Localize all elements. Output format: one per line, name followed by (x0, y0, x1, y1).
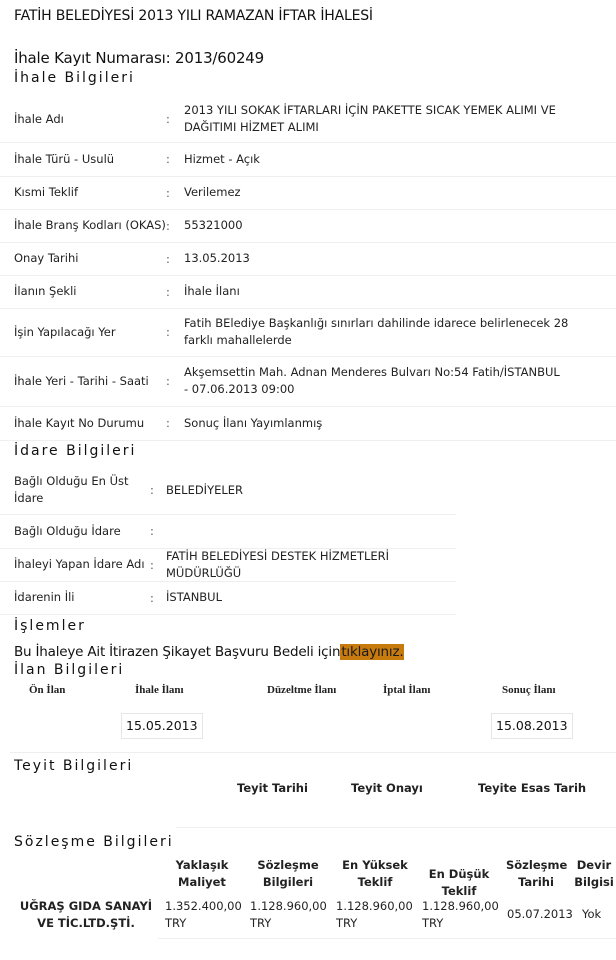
info-value: Akşemsettin Mah. Adnan Menderes Bulvarı … (184, 364, 564, 398)
section-heading-teyit-bilgileri: Teyit Bilgileri (14, 758, 133, 774)
info-value: Sonuç İlanı Yayımlanmış (184, 415, 604, 432)
info-value: Fatih BElediye Başkanlığı sınırları dahi… (184, 315, 584, 349)
info-value: 55321000 (184, 217, 604, 234)
info-label: İhale Adı (14, 111, 64, 128)
info-label: İhale Türü - Usulü (14, 151, 114, 168)
tiklayiniz-link[interactable]: tıklayınız. (340, 644, 404, 660)
colon-separator: : (150, 524, 154, 538)
sozlesme-tarihi-value: 05.07.2013 (507, 906, 577, 923)
info-label: İhale Kayıt No Durumu (14, 415, 144, 432)
colon-separator: : (166, 252, 170, 266)
ilan-col-ihale-ilani: İhale İlanı (135, 684, 184, 696)
colon-separator: : (166, 374, 170, 388)
info-row-ihale-adi: İhale Adı : 2013 YILI SOKAK İFTARLARI İÇ… (0, 96, 616, 143)
colon-separator: : (150, 558, 154, 572)
info-row-ihaleyi-yapan-idare: İhaleyi Yapan İdare Adı : FATİH BELEDİYE… (0, 548, 456, 582)
info-value: BELEDİYELER (166, 482, 416, 499)
section-heading-sozlesme-bilgileri: Sözleşme Bilgileri (14, 834, 174, 850)
section-heading-ihale-bilgileri: İhale Bilgileri (14, 70, 135, 86)
page-title: FATİH BELEDİYESİ 2013 YILI RAMAZAN İFTAR… (14, 8, 373, 24)
info-row-ihale-turu: İhale Türü - Usulü : Hizmet - Açık (0, 142, 616, 177)
ilan-col-iptal-ilani: İptal İlanı (383, 684, 430, 696)
teyit-col-tarihi: Teyit Tarihi (237, 781, 308, 795)
colon-separator: : (166, 112, 170, 126)
info-value: İSTANBUL (166, 589, 416, 606)
info-label: İhale Branş Kodları (OKAS) (14, 217, 166, 234)
info-row-bagli-idare: Bağlı Olduğu İdare : (0, 514, 456, 549)
info-value: 2013 YILI SOKAK İFTARLARI İÇİN PAKETTE S… (184, 102, 604, 136)
sozlesme-col-devir-bilgisi: Devir Bilgisi (572, 857, 616, 891)
info-row-onay-tarihi: Onay Tarihi : 13.05.2013 (0, 242, 616, 276)
info-value: FATİH BELEDİYESİ DESTEK HİZMETLERİ MÜDÜR… (166, 548, 456, 582)
info-label: Bağlı Olduğu İdare (14, 523, 121, 540)
section-heading-ilan-bilgileri: İlan Bilgileri (14, 662, 124, 678)
section-heading-idare-bilgileri: İdare Bilgileri (14, 443, 136, 459)
divider (176, 827, 616, 828)
info-row-bagli-en-ust-idare: Bağlı Olduğu En Üst İdare : BELEDİYELER (0, 466, 456, 515)
info-label: İhale Yeri - Tarihi - Saati (14, 373, 149, 390)
section-heading-islemler: İşlemler (14, 618, 86, 634)
colon-separator: : (166, 325, 170, 339)
colon-separator: : (166, 285, 170, 299)
en-dusuk-teklif-value: 1.128.960,00 TRY (422, 898, 502, 932)
info-label: Bağlı Olduğu En Üst İdare (14, 473, 134, 507)
teyit-col-onayi: Teyit Onayı (351, 781, 423, 795)
teyit-col-esas-tarih: Teyite Esas Tarih (478, 781, 586, 795)
info-label: İhaleyi Yapan İdare Adı (14, 556, 145, 573)
info-label: Onay Tarihi (14, 250, 78, 267)
itiraz-basvuru-row: Bu İhaleye Ait İtirazen Şikayet Başvuru … (14, 644, 404, 660)
en-yuksek-teklif-value: 1.128.960,00 TRY (336, 898, 416, 932)
info-row-kismi-teklif: Kısmi Teklif : Verilemez (0, 176, 616, 210)
info-value: İhale İlanı (184, 283, 604, 300)
sonuc-ilani-date-link[interactable]: 15.08.2013 (491, 713, 573, 739)
divider (10, 752, 616, 753)
ilan-col-duzeltme-ilani: Düzeltme İlanı (267, 684, 336, 696)
sozlesme-col-sozlesme-bilgileri: Sözleşme Bilgileri (249, 857, 327, 891)
colon-separator: : (150, 591, 154, 605)
info-row-ihale-yeri-tarihi-saati: İhale Yeri - Tarihi - Saati : Akşemsetti… (0, 356, 616, 407)
colon-separator: : (166, 152, 170, 166)
ihale-ilani-date-link[interactable]: 15.05.2013 (121, 713, 203, 739)
colon-separator: : (166, 219, 170, 233)
info-row-isin-yapilacagi-yer: İşin Yapılacağı Yer : Fatih BElediye Baş… (0, 308, 616, 357)
sozlesme-col-sozlesme-tarihi: Sözleşme Tarihi (506, 857, 566, 891)
colon-separator: : (166, 186, 170, 200)
info-label: İlanın Şekli (14, 283, 77, 300)
info-value: Hizmet - Açık (184, 151, 604, 168)
sozlesme-bedeli-value: 1.128.960,00 TRY (250, 898, 330, 932)
info-label: Kısmi Teklif (14, 184, 78, 201)
info-label: İşin Yapılacağı Yer (14, 324, 116, 341)
info-row-kayit-no-durumu: İhale Kayıt No Durumu : Sonuç İlanı Yayı… (0, 406, 616, 441)
colon-separator: : (150, 483, 154, 497)
info-value: 13.05.2013 (184, 250, 604, 267)
sozlesme-col-yaklasik-maliyet: Yaklaşık Maliyet (163, 857, 241, 891)
info-row-idarenin-ili: İdarenin İli : İSTANBUL (0, 581, 456, 615)
sozlesme-col-en-yuksek-teklif: En Yüksek Teklif (336, 857, 414, 891)
yaklasik-maliyet-value: 1.352.400,00 TRY (165, 898, 245, 932)
ilan-col-sonuc-ilani: Sonuç İlanı (502, 684, 556, 696)
ilan-col-on-ilan: Ön İlan (29, 684, 65, 696)
itiraz-basvuru-text: Bu İhaleye Ait İtirazen Şikayet Başvuru … (14, 644, 340, 660)
sozlesme-col-en-dusuk-teklif: En Düşük Teklif (414, 866, 504, 900)
devir-bilgisi-value: Yok (582, 906, 612, 923)
divider (158, 938, 616, 939)
info-label: İdarenin İli (14, 589, 75, 606)
info-row-ilanin-sekli: İlanın Şekli : İhale İlanı (0, 275, 616, 309)
ihale-kayit-numarasi: İhale Kayıt Numarası: 2013/60249 (14, 49, 264, 67)
colon-separator: : (166, 416, 170, 430)
info-row-brans-kodlari: İhale Branş Kodları (OKAS) : 55321000 (0, 209, 616, 243)
firma-name: UĞRAŞ GIDA SANAYİ VE TİC.LTD.ŞTİ. (18, 898, 154, 932)
info-value: Verilemez (184, 184, 604, 201)
